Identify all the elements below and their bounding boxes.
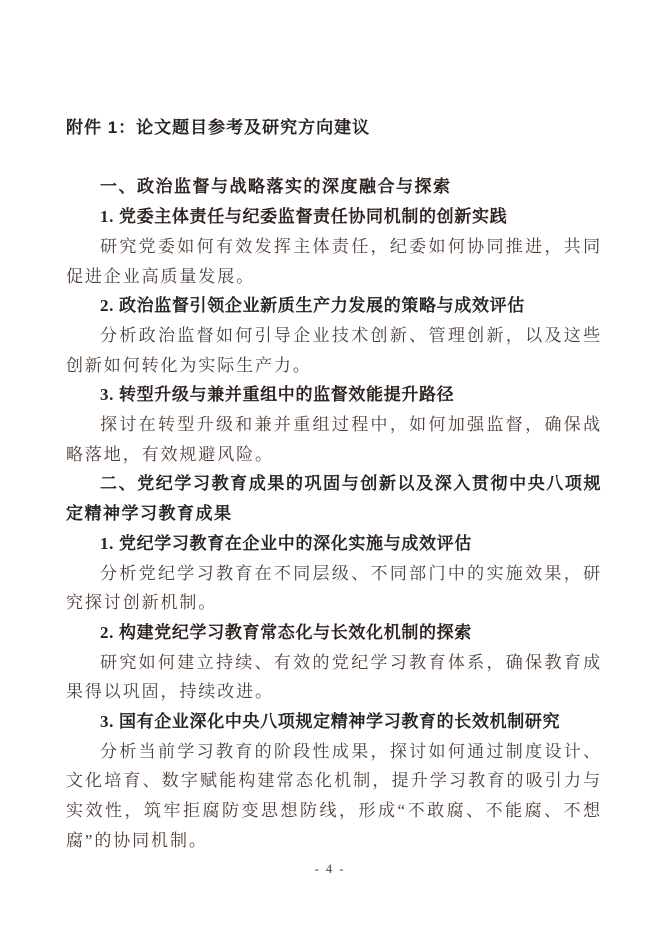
document-page: 附件 1：论文题目参考及研究方向建议 一、政治监督与战略落实的深度融合与探索1.… xyxy=(0,0,660,933)
topic-heading: 3. 国有企业深化中央八项规定精神学习教育的长效机制研究 xyxy=(66,707,602,737)
topic-heading: 2. 构建党纪学习教育常态化与长效化机制的探索 xyxy=(66,618,602,648)
document-title: 附件 1：论文题目参考及研究方向建议 xyxy=(66,113,602,143)
document-body: 一、政治监督与战略落实的深度融合与探索1. 党委主体责任与纪委监督责任协同机制的… xyxy=(66,172,602,855)
paragraph: 分析党纪学习教育在不同层级、不同部门中的实施效果，研究探讨创新机制。 xyxy=(66,559,602,618)
paragraph: 研究如何建立持续、有效的党纪学习教育体系，确保教育成果得以巩固，持续改进。 xyxy=(66,648,602,707)
paragraph: 探讨在转型升级和兼并重组过程中，如何加强监督，确保战略落地，有效规避风险。 xyxy=(66,410,602,469)
topic-heading: 3. 转型升级与兼并重组中的监督效能提升路径 xyxy=(66,380,602,410)
page-number: - 4 - xyxy=(0,861,660,877)
paragraph: 分析当前学习教育的阶段性成果，探讨如何通过制度设计、文化培育、数字赋能构建常态化… xyxy=(66,737,602,856)
document-content: 附件 1：论文题目参考及研究方向建议 一、政治监督与战略落实的深度融合与探索1.… xyxy=(66,113,602,856)
section-heading: 二、党纪学习教育成果的巩固与创新以及深入贯彻中央八项规定精神学习教育成果 xyxy=(66,469,602,528)
topic-heading: 1. 党纪学习教育在企业中的深化实施与成效评估 xyxy=(66,529,602,559)
section-heading: 一、政治监督与战略落实的深度融合与探索 xyxy=(66,172,602,202)
topic-heading: 1. 党委主体责任与纪委监督责任协同机制的创新实践 xyxy=(66,202,602,232)
paragraph: 研究党委如何有效发挥主体责任，纪委如何协同推进，共同促进企业高质量发展。 xyxy=(66,232,602,291)
topic-heading: 2. 政治监督引领企业新质生产力发展的策略与成效评估 xyxy=(66,291,602,321)
paragraph: 分析政治监督如何引导企业技术创新、管理创新，以及这些创新如何转化为实际生产力。 xyxy=(66,321,602,380)
